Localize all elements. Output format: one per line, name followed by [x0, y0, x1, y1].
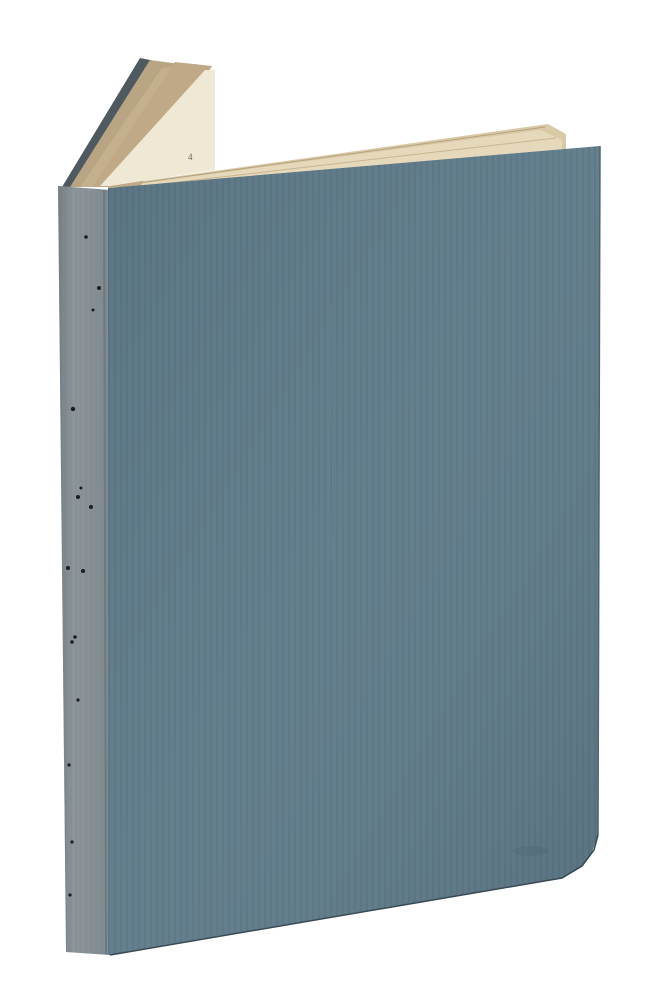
book-spine [58, 186, 110, 955]
front-cover [108, 146, 600, 955]
pencil-mark: 4 [188, 152, 193, 162]
open-leaves: 4 [62, 58, 215, 187]
book-photo: 4 [0, 0, 651, 1000]
